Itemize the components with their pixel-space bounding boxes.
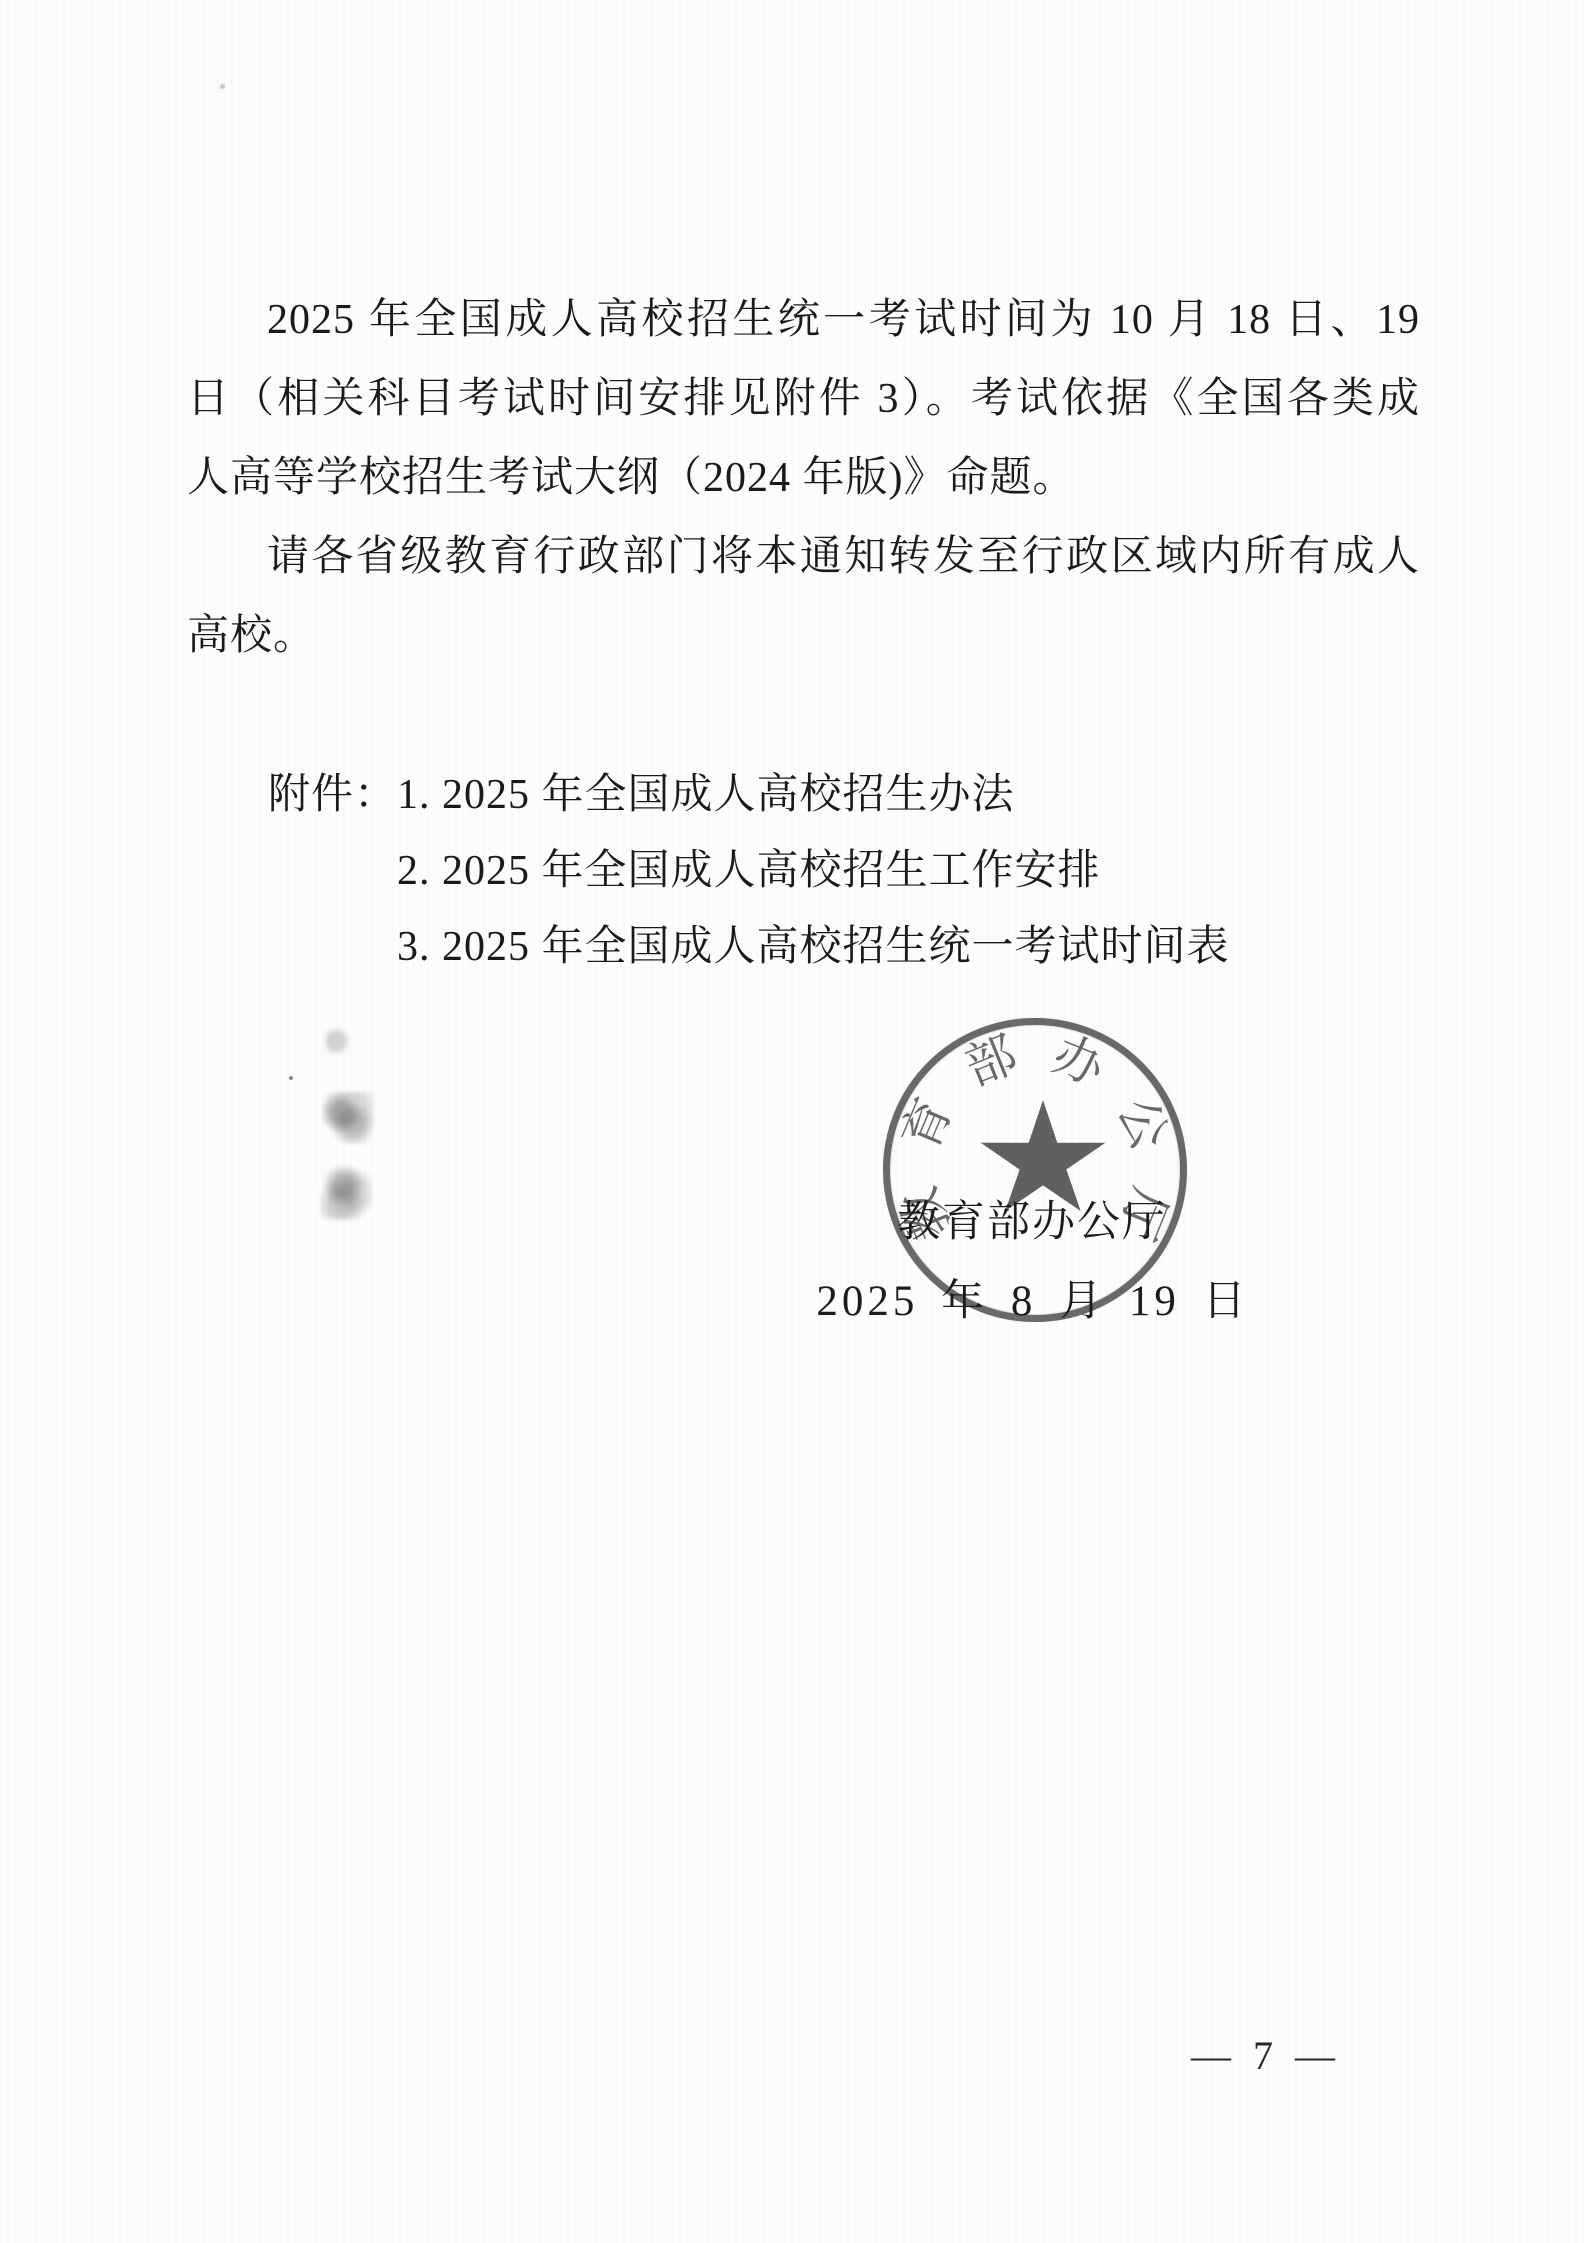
ink-smudge xyxy=(322,1092,374,1144)
stamp-circle xyxy=(883,1018,1187,1322)
stamp-arc-char: 公 xyxy=(1108,1089,1179,1160)
paragraph2-line2: 高校。 xyxy=(187,597,1420,676)
attachments-list: 附件：1. 2025 年全国成人高校招生办法 2. 2025 年全国成人高校招生… xyxy=(268,757,1230,985)
paragraph2-line1: 请各省级教育行政部门将本通知转发至行政区域内所有成人 xyxy=(187,518,1420,597)
stamp-arc-char: 办 xyxy=(1044,1026,1114,1096)
attachments-label: 附件： xyxy=(268,772,397,818)
body-paragraphs: 2025 年全国成人高校招生统一考试时间为 10 月 18 日、19 日（相关科… xyxy=(187,281,1420,676)
document-page: { "body": { "para1_line1": "2025 年全国成人高校… xyxy=(0,0,1584,2243)
paragraph1-line2: 日（相关科目考试时间安排见附件 3）。考试依据《全国各类成 xyxy=(187,360,1420,439)
attachment-item-1-row: 附件：1. 2025 年全国成人高校招生办法 xyxy=(268,757,1230,833)
scan-speck xyxy=(220,84,225,89)
scan-speck xyxy=(289,1076,293,1080)
paragraph1-line1: 2025 年全国成人高校招生统一考试时间为 10 月 18 日、19 xyxy=(187,281,1420,360)
page-number: — 7 — xyxy=(1191,2032,1341,2079)
attachment-item-1: 1. 2025 年全国成人高校招生办法 xyxy=(397,772,1015,818)
stamp-arc-char: 部 xyxy=(956,1026,1026,1096)
attachment-item-2: 2. 2025 年全国成人高校招生工作安排 xyxy=(268,833,1230,909)
ink-smudge xyxy=(325,1028,353,1054)
paragraph1-line3: 人高等学校招生考试大纲（2024 年版)》命题。 xyxy=(187,439,1420,518)
stamp-arc-char: 育 xyxy=(892,1089,963,1160)
ink-smudge xyxy=(320,1166,372,1220)
issuer-name: 教育部办公厅 xyxy=(897,1200,1167,1246)
attachment-item-3: 3. 2025 年全国成人高校招生统一考试时间表 xyxy=(268,909,1230,985)
issue-date: 2025 年 8 月 19 日 xyxy=(816,1279,1249,1325)
